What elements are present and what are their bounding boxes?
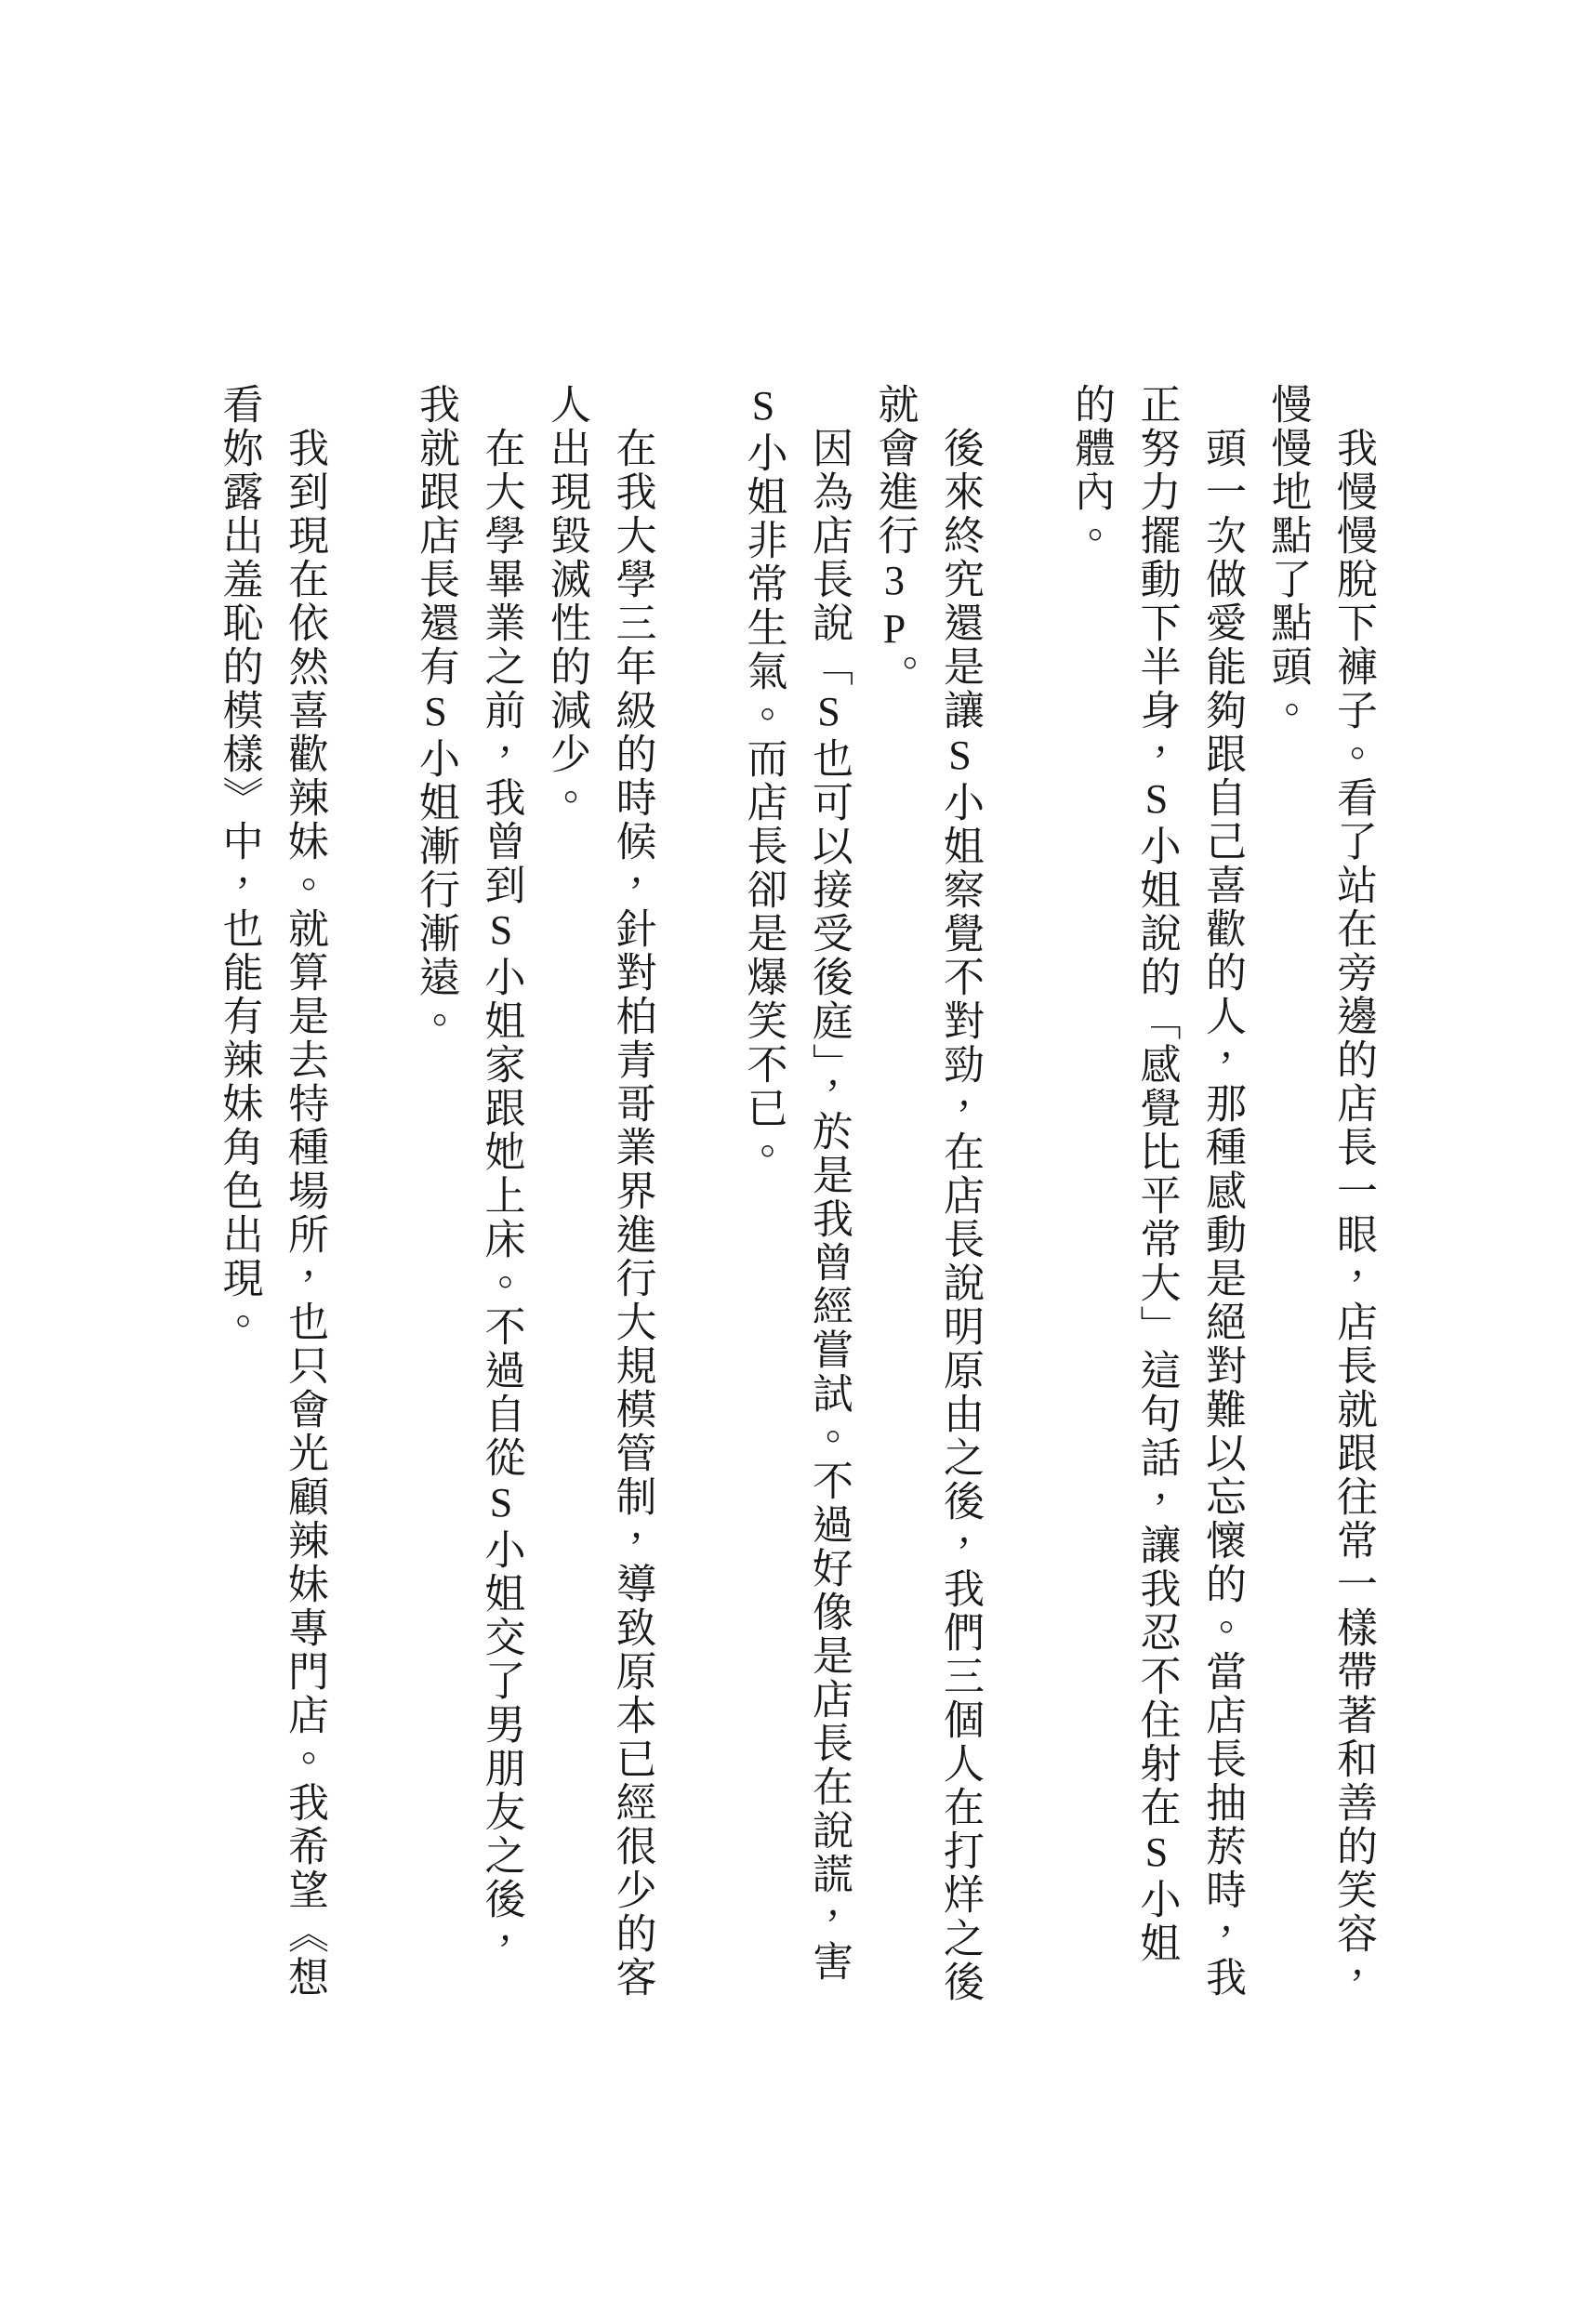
scanned-book-page: 我慢慢脫下褲子。看了站在旁邊的店長一眼，店長就跟往常一樣帶著和善的笑容，慢慢地點…: [0, 0, 1587, 2324]
paragraph: 在大學畢業之前，我曾到S小姐家跟她上床。不過自從S小姐交了男朋友之後，我就跟店長…: [403, 383, 534, 2005]
paragraph: 我慢慢脫下褲子。看了站在旁邊的店長一眼，店長就跟往常一樣帶著和善的笑容，慢慢地點…: [1254, 383, 1385, 2005]
paragraph-group-4: 我到現在依然喜歡辣妹。就算是去特種場所，也只會光顧辣妹專門店。我希望《想看妳露出…: [205, 383, 337, 2005]
paragraph: 後來終究還是讓S小姐察覺不對勁，在店長說明原由之後，我們三個人在打烊之後就會進行…: [861, 383, 992, 2005]
paragraph: 我到現在依然喜歡辣妹。就算是去特種場所，也只會光顧辣妹專門店。我希望《想看妳露出…: [205, 383, 337, 2005]
vertical-text-block: 我慢慢脫下褲子。看了站在旁邊的店長一眼，店長就跟往常一樣帶著和善的笑容，慢慢地點…: [205, 383, 1385, 2005]
paragraph: 因為店長說「S也可以接受後庭」，於是我曾經嘗試。不過好像是店長在說謊，害S小姐非…: [730, 383, 861, 2005]
paragraph: 頭一次做愛能夠跟自己喜歡的人，那種感動是絕對難以忘懷的。當店長抽菸時，我正努力擺…: [1058, 383, 1255, 2005]
paragraph-group-3: 在我大學三年級的時候，針對柏青哥業界進行大規模管制，導致原本已經很少的客人出現毀…: [403, 383, 665, 2005]
paragraph: 在我大學三年級的時候，針對柏青哥業界進行大規模管制，導致原本已經很少的客人出現毀…: [534, 383, 665, 2005]
paragraph-group-2: 後來終究還是讓S小姐察覺不對勁，在店長說明原由之後，我們三個人在打烊之後就會進行…: [730, 383, 992, 2005]
paragraph-group-1: 我慢慢脫下褲子。看了站在旁邊的店長一眼，店長就跟往常一樣帶著和善的笑容，慢慢地點…: [1058, 383, 1386, 2005]
